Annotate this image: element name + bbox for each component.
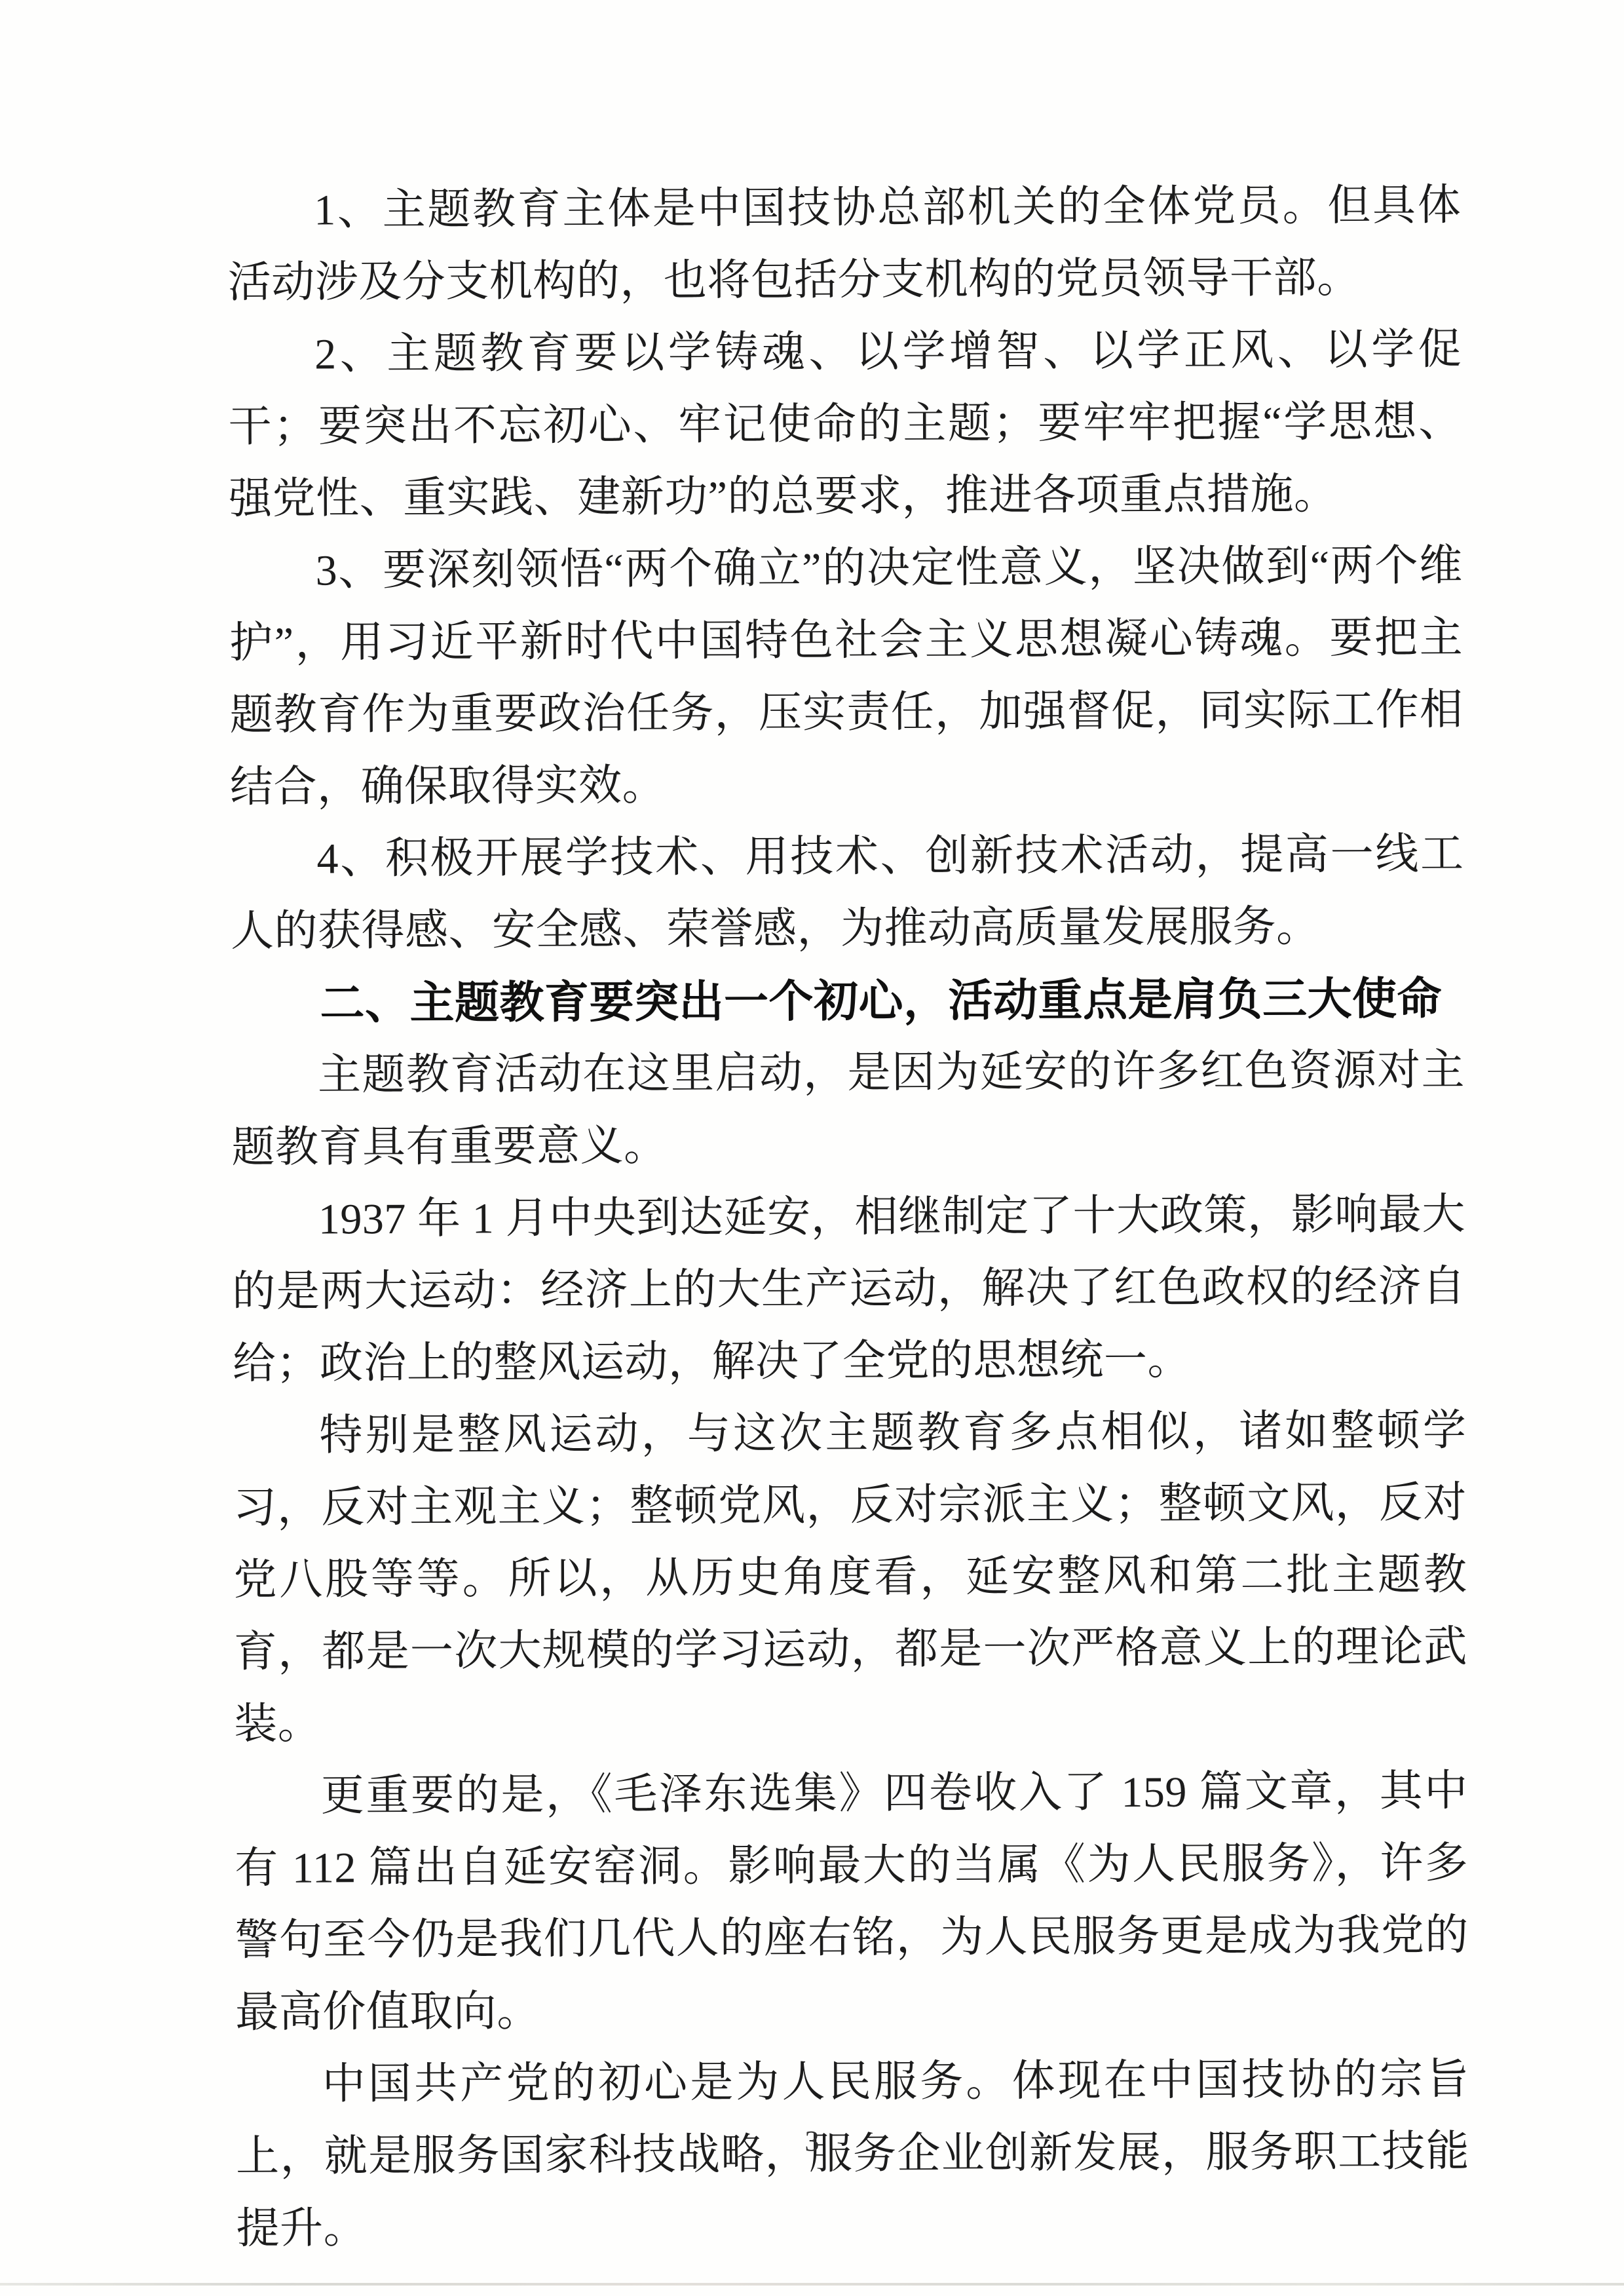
paragraph-1: 1、主题教育主体是中国技协总部机关的全体党员。但具体活动涉及分支机构的，也将包括… xyxy=(227,170,1462,319)
paragraph-3: 3、要深刻领悟“两个确立”的决定性意义，坚决做到“两个维护”，用习近平新时代中国… xyxy=(229,530,1463,824)
document-body: 1、主题教育主体是中国技协总部机关的全体党员。但具体活动涉及分支机构的，也将包括… xyxy=(227,170,1470,2265)
paragraph-6: 1937 年 1 月中央到达延安，相继制定了十大政策，影响最大的是两大运动：经济… xyxy=(232,1179,1466,1400)
paragraph-8: 更重要的是，《毛泽东选集》四卷收入了 159 篇文章，其中有 112 篇出自延安… xyxy=(235,1755,1469,2049)
paragraph-5: 主题教育活动在这里启动，是因为延安的许多红色资源对主题教育具有重要意义。 xyxy=(231,1035,1465,1184)
paragraph-7: 特别是整风运动，与这次主题教育多点相似，诸如整顿学习，反对主观主义；整顿党风，反… xyxy=(233,1395,1467,1761)
paragraph-2: 2、主题教育要以学铸魂、以学增智、以学正风、以学促干；要突出不忘初心、牢记使命的… xyxy=(228,314,1462,535)
scan-bottom-edge-line xyxy=(0,2283,1624,2286)
page-number: 3 xyxy=(0,2124,1624,2158)
section-heading: 二、主题教育要突出一个初心，活动重点是肩负三大使命 xyxy=(231,963,1464,1040)
document-page: 1、主题教育主体是中国技协总部机关的全体党员。但具体活动涉及分支机构的，也将包括… xyxy=(0,0,1624,2296)
paragraph-4: 4、积极开展学技术、用技术、创新技术活动，提高一线工人的获得感、安全感、荣誉感，… xyxy=(230,818,1464,968)
